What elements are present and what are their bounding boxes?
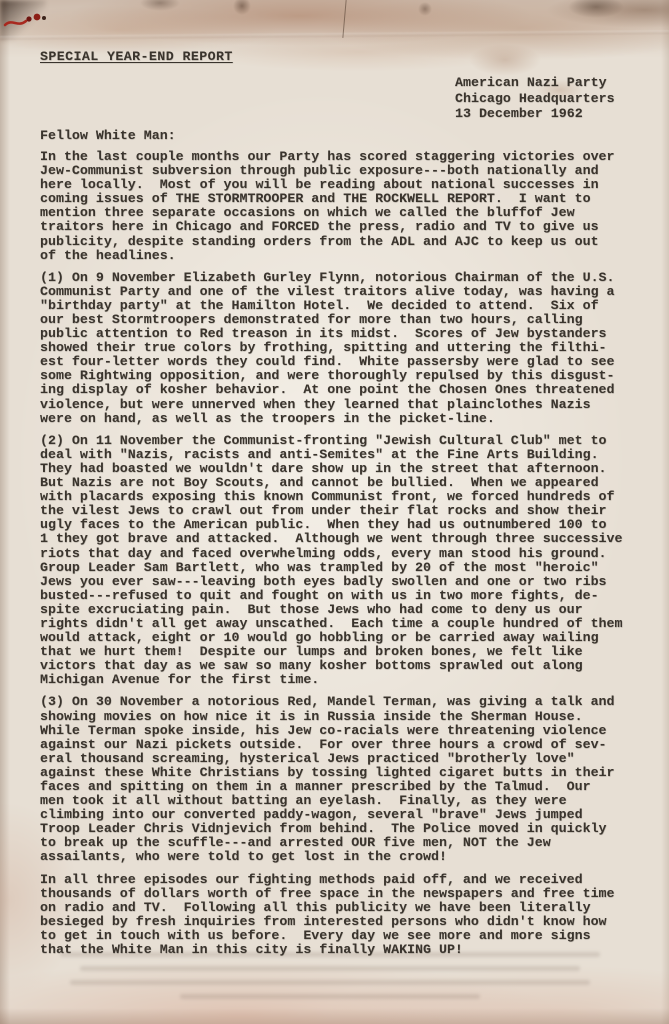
ghost-bleed-line [180, 994, 480, 999]
document-page: SPECIAL YEAR-END REPORT American Nazi Pa… [0, 0, 669, 1024]
paragraph-1: In the last couple months our Party has … [40, 150, 649, 263]
crease-line [0, 30, 669, 40]
ghost-bleed-line [80, 966, 580, 971]
ghost-bleed-line [70, 980, 590, 985]
salutation-line: Fellow White Man: [40, 129, 649, 143]
typewritten-content: SPECIAL YEAR-END REPORT American Nazi Pa… [40, 50, 649, 965]
letterhead-location: Chicago Headquarters [455, 91, 649, 107]
letterhead-date: 13 December 1962 [455, 106, 649, 122]
report-title: SPECIAL YEAR-END REPORT [40, 50, 649, 64]
red-ink-mark [2, 8, 64, 39]
paragraph-3: (2) On 11 November the Communist-frontin… [40, 434, 649, 688]
letterhead: American Nazi Party Chicago Headquarters… [455, 75, 649, 122]
paragraph-4: (3) On 30 November a notorious Red, Mand… [40, 695, 649, 864]
letter-body: In the last couple months our Party has … [40, 150, 649, 957]
letterhead-organization: American Nazi Party [455, 75, 649, 91]
paragraph-5: In all three episodes our fighting metho… [40, 873, 649, 958]
paragraph-2: (1) On 9 November Elizabeth Gurley Flynn… [40, 271, 649, 426]
